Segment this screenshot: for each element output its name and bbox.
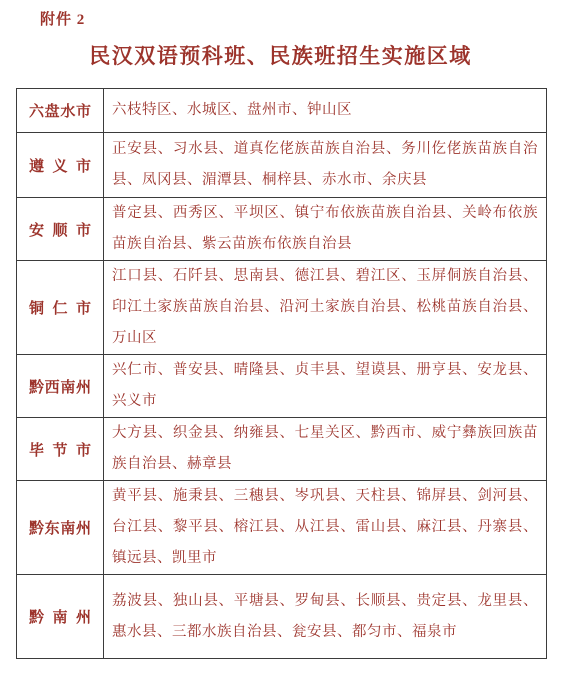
region-name: 黔南州 (17, 575, 104, 659)
region-name: 铜仁市 (17, 261, 104, 355)
page-title: 民汉双语预科班、民族班招生实施区域 (0, 40, 561, 70)
table-row: 安顺市 普定县、西秀区、平坝区、镇宁布依族苗族自治县、关岭布依族苗族自治县、紫云… (17, 198, 547, 261)
region-name: 黔西南州 (17, 355, 104, 418)
table-row: 六盘水市 六枝特区、水城区、盘州市、钟山区 (17, 89, 547, 133)
districts-list: 普定县、西秀区、平坝区、镇宁布依族苗族自治县、关岭布依族苗族自治县、紫云苗族布依… (104, 198, 547, 261)
districts-list: 黄平县、施秉县、三穗县、岑巩县、天柱县、锦屏县、剑河县、台江县、黎平县、榕江县、… (104, 481, 547, 575)
districts-list: 六枝特区、水城区、盘州市、钟山区 (104, 89, 547, 133)
region-name: 安顺市 (17, 198, 104, 261)
districts-list: 荔波县、独山县、平塘县、罗甸县、长顺县、贵定县、龙里县、惠水县、三都水族自治县、… (104, 575, 547, 659)
region-name: 黔东南州 (17, 481, 104, 575)
attachment-label: 附件 2 (40, 8, 85, 29)
districts-list: 正安县、习水县、道真仡佬族苗族自治县、务川仡佬族苗族自治县、凤冈县、湄潭县、桐梓… (104, 133, 547, 198)
table-row: 毕节市 大方县、织金县、纳雍县、七星关区、黔西市、威宁彝族回族苗族自治县、赫章县 (17, 418, 547, 481)
region-name: 毕节市 (17, 418, 104, 481)
region-name: 六盘水市 (17, 89, 104, 133)
region-table-body: 六盘水市 六枝特区、水城区、盘州市、钟山区 遵义市 正安县、习水县、道真仡佬族苗… (17, 89, 547, 659)
region-name: 遵义市 (17, 133, 104, 198)
districts-list: 兴仁市、普安县、晴隆县、贞丰县、望谟县、册亨县、安龙县、兴义市 (104, 355, 547, 418)
table-row: 黔西南州 兴仁市、普安县、晴隆县、贞丰县、望谟县、册亨县、安龙县、兴义市 (17, 355, 547, 418)
table-row: 遵义市 正安县、习水县、道真仡佬族苗族自治县、务川仡佬族苗族自治县、凤冈县、湄潭… (17, 133, 547, 198)
table-row: 黔东南州 黄平县、施秉县、三穗县、岑巩县、天柱县、锦屏县、剑河县、台江县、黎平县… (17, 481, 547, 575)
document-page: 附件 2 民汉双语预科班、民族班招生实施区域 六盘水市 六枝特区、水城区、盘州市… (0, 0, 561, 674)
districts-list: 大方县、织金县、纳雍县、七星关区、黔西市、威宁彝族回族苗族自治县、赫章县 (104, 418, 547, 481)
table-row: 黔南州 荔波县、独山县、平塘县、罗甸县、长顺县、贵定县、龙里县、惠水县、三都水族… (17, 575, 547, 659)
districts-list: 江口县、石阡县、思南县、德江县、碧江区、玉屏侗族自治县、印江土家族苗族自治县、沿… (104, 261, 547, 355)
region-table: 六盘水市 六枝特区、水城区、盘州市、钟山区 遵义市 正安县、习水县、道真仡佬族苗… (16, 88, 547, 659)
table-row: 铜仁市 江口县、石阡县、思南县、德江县、碧江区、玉屏侗族自治县、印江土家族苗族自… (17, 261, 547, 355)
